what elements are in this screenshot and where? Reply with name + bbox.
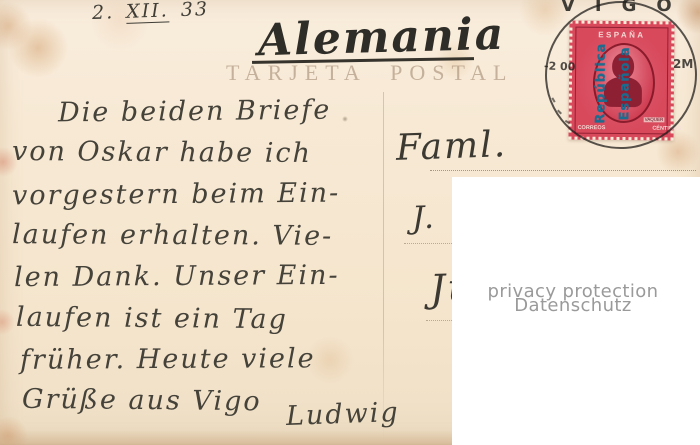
message-line: von Oskar habe ich bbox=[12, 136, 312, 169]
message-line: vorgestern beim Ein- bbox=[12, 178, 340, 212]
date-year: 33 bbox=[180, 0, 209, 21]
message-line: früher. Heute viele bbox=[20, 343, 316, 376]
privacy-overlay: privacy protection Datenschutz bbox=[452, 177, 700, 445]
message-line: Grüße aus Vigo bbox=[22, 384, 262, 418]
address-line-1: Faml. bbox=[395, 124, 507, 169]
handwritten-date: 2. XII. 33 bbox=[92, 0, 210, 24]
message-line: laufen ist ein Tag bbox=[16, 302, 288, 335]
privacy-overlay-text-de: Datenschutz bbox=[452, 295, 694, 316]
address-line-2: J. bbox=[412, 200, 436, 236]
message-line: Die beiden Briefe bbox=[58, 95, 332, 129]
postmark-date-fragment-left: -2 00 bbox=[544, 59, 576, 73]
signature: Ludwig bbox=[285, 397, 400, 432]
message-line: laufen erhalten. Vie- bbox=[12, 219, 333, 252]
postcard-divider-line bbox=[383, 92, 384, 442]
postcard-back-scan: TARJETA POSTAL 2. XII. 33 Alemania Die b… bbox=[0, 0, 700, 445]
postmark-date-fragment-right: 2M bbox=[673, 57, 693, 71]
address-dotted-line bbox=[430, 170, 696, 171]
message-line: len Dank. Unser Ein- bbox=[14, 260, 340, 293]
date-month: XII. bbox=[126, 0, 169, 24]
postmark-city: VIGO bbox=[561, 0, 692, 16]
date-day: 2. bbox=[92, 1, 115, 24]
